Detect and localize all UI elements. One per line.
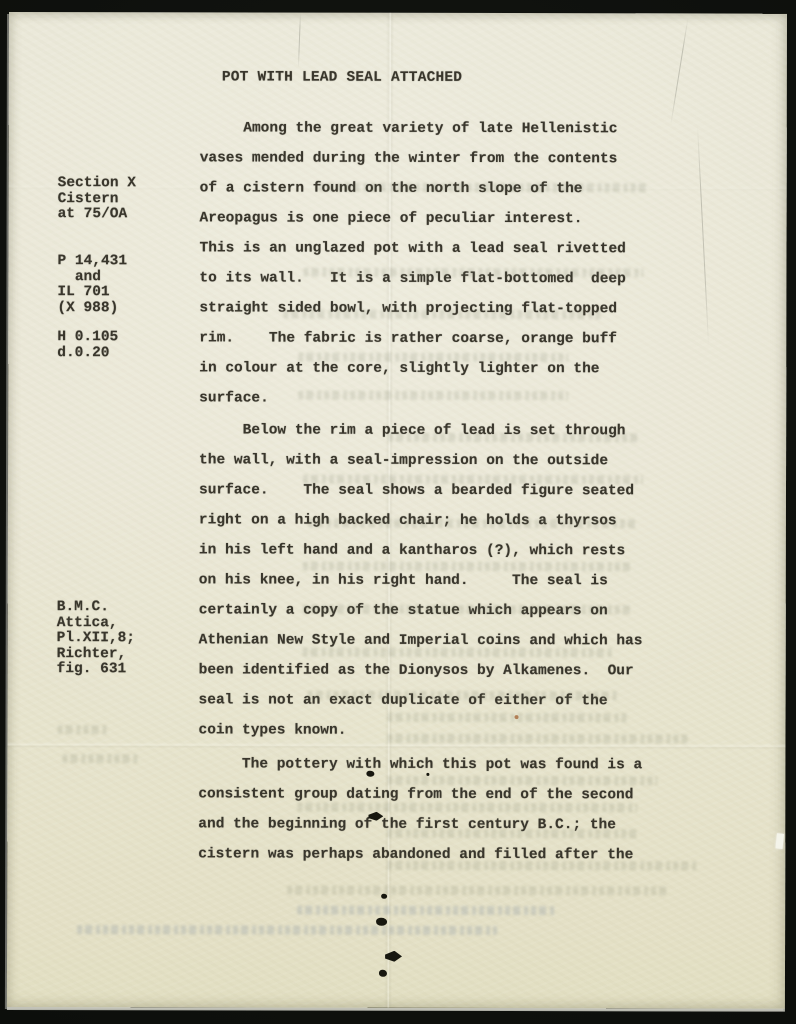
text-line: certainly a copy of the statue which app… xyxy=(199,595,679,626)
margin-note-line: Section X xyxy=(58,176,136,192)
text-line: the wall, with a seal-impression on the … xyxy=(199,445,679,476)
scan-artifacts xyxy=(9,12,787,14)
ghost-bleed-through-text xyxy=(77,925,497,935)
text-line: Below the rim a piece of lead is set thr… xyxy=(199,415,679,446)
paragraph: The pottery with which this pot was foun… xyxy=(198,749,678,870)
text-line: in colour at the core, slightly lighter … xyxy=(199,353,679,384)
margin-note-line: Cistern xyxy=(58,192,136,208)
ghost-bleed-through-text xyxy=(57,725,109,734)
ghost-bleed-through-text xyxy=(297,906,557,916)
margin-note-dimensions: H 0.105d.0.20 xyxy=(57,330,118,361)
ghost-bleed-through-text xyxy=(287,886,667,896)
text-line: surface. The seal shows a bearded figure… xyxy=(199,475,679,506)
scratch-mark xyxy=(697,126,709,346)
ghost-bleed-through-text xyxy=(62,754,137,763)
text-line: Areopagus is one piece of peculiar inter… xyxy=(200,203,680,234)
scan-background: { "document": { "title": "POT WITH LEAD … xyxy=(0,0,796,1024)
text-line: been identified as the Dionysos by Alkam… xyxy=(199,655,679,686)
text-line: coin types known. xyxy=(198,715,678,746)
margin-note-line: B.M.C. xyxy=(57,600,135,616)
scratch-mark xyxy=(298,13,301,68)
margin-note-line: Attica, xyxy=(57,616,135,632)
ink-blot xyxy=(426,773,429,776)
text-line: seal is not an exact duplicate of either… xyxy=(199,685,679,716)
text-line: This is an unglazed pot with a lead seal… xyxy=(199,233,679,264)
scratch-mark xyxy=(670,18,688,125)
ink-blot xyxy=(379,970,387,977)
text-line: rim. The fabric is rather coarse, orange… xyxy=(199,323,679,354)
document-page: POT WITH LEAD SEAL ATTACHED Section XCis… xyxy=(7,12,787,1009)
text-line: in his left hand and a kantharos (?), wh… xyxy=(199,535,679,566)
rust-speck xyxy=(515,715,519,719)
text-line: of a cistern found on the north slope of… xyxy=(200,173,680,204)
ink-blot xyxy=(385,951,402,962)
text-line: right on a high backed chair; he holds a… xyxy=(199,505,679,536)
text-line: The pottery with which this pot was foun… xyxy=(198,749,678,780)
margin-note-line: at 75/OA xyxy=(58,207,136,223)
ink-blot xyxy=(381,894,387,899)
text-line: vases mended during the winter from the … xyxy=(200,143,680,174)
margin-note-line: d.0.20 xyxy=(57,346,118,362)
margin-note-line: IL 701 xyxy=(57,285,127,301)
text-line: straight sided bowl, with projecting fla… xyxy=(199,293,679,324)
margin-note-line: and xyxy=(57,270,127,286)
margin-note-line: (X 988) xyxy=(57,301,127,317)
text-line: consistent group dating from the end of … xyxy=(198,779,678,810)
margin-note-findspot: Section XCisternat 75/OA xyxy=(58,176,136,223)
text-line: on his knee, in his right hand. The seal… xyxy=(199,565,679,596)
paragraph: Below the rim a piece of lead is set thr… xyxy=(198,415,679,746)
margin-note-line: P 14,431 xyxy=(57,254,127,270)
body-text: Among the great variety of late Hellenis… xyxy=(198,113,680,870)
paper-chip xyxy=(775,833,784,849)
text-line: Athenian New Style and Imperial coins an… xyxy=(199,625,679,656)
text-line: cistern was perhaps abandoned and filled… xyxy=(198,839,678,870)
text-line: surface. xyxy=(199,383,679,414)
text-line: and the beginning of the first century B… xyxy=(198,809,678,840)
ink-blot xyxy=(366,771,374,777)
text-line: Among the great variety of late Hellenis… xyxy=(200,113,680,144)
paragraph: Among the great variety of late Hellenis… xyxy=(199,113,680,414)
margin-note-inventory: P 14,431 andIL 701(X 988) xyxy=(57,254,127,317)
margin-note-line: fig. 631 xyxy=(57,662,135,678)
ink-blot xyxy=(376,918,387,926)
margin-note-line: H 0.105 xyxy=(57,330,118,346)
text-line: to its wall. It is a simple flat-bottome… xyxy=(199,263,679,294)
margin-note-reference: B.M.C.Attica,Pl.XII,8;Richter,fig. 631 xyxy=(57,600,135,678)
margin-note-line: Pl.XII,8; xyxy=(57,631,135,647)
document-title: POT WITH LEAD SEAL ATTACHED xyxy=(222,68,462,88)
